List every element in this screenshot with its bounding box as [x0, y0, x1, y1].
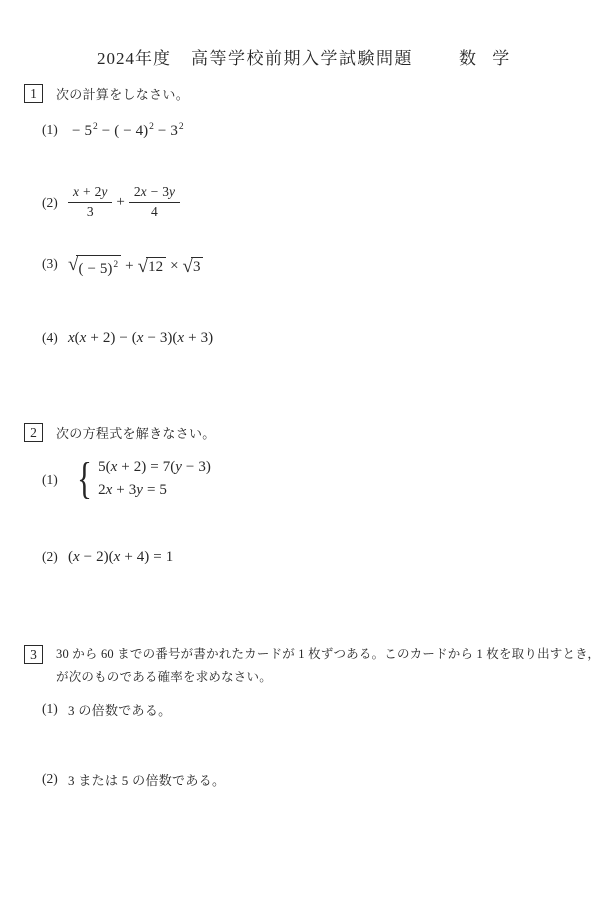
- system-equation-1: 5(x+2)=7(y−3): [98, 458, 211, 478]
- section-2-number-box: 2: [24, 423, 43, 442]
- problem-1-2: (2) x+2y3+2x−3y4: [42, 184, 180, 221]
- problem-1-1: (1) −52−(−4)2−32: [42, 121, 184, 142]
- section-1-prompt: 次の計算をしなさい。: [56, 84, 189, 103]
- section-3-prompt-line-2: が次のものである確率を求めなさい。: [56, 666, 561, 689]
- problem-text: 3 または 5 の倍数である。: [68, 770, 225, 789]
- title-main: 高等学校前期入学試験問題: [191, 44, 413, 69]
- problem-label: (1): [42, 700, 68, 717]
- section-3-number-box: 3: [24, 645, 43, 664]
- problem-text: 3 の倍数である。: [68, 700, 171, 719]
- section-3-header: 3 30 から 60 までの番号が書かれたカードが 1 枚ずつある。このカードか…: [24, 643, 561, 689]
- section-3-prompt: 30 から 60 までの番号が書かれたカードが 1 枚ずつある。このカードから …: [56, 643, 561, 689]
- problem-label: (4): [42, 329, 68, 346]
- section-1-number-box: 1: [24, 84, 43, 103]
- left-brace-icon: {: [77, 459, 92, 499]
- problem-label: (2): [42, 548, 68, 565]
- problem-label: (1): [42, 471, 68, 488]
- problem-label: (3): [42, 255, 68, 272]
- problem-3-1: (1) 3 の倍数である。: [42, 700, 171, 719]
- problem-1-4: (4) x(x+2)−(x−3)(x+3): [42, 329, 213, 349]
- problem-1-3: (3) √(−5)2+√12×√3: [42, 255, 203, 278]
- title-year: 2024年度: [97, 44, 171, 69]
- equation-system: 5(x+2)=7(y−3) 2x+3y=5: [98, 458, 211, 500]
- system-equation-2: 2x+3y=5: [98, 481, 211, 501]
- problem-label: (2): [42, 194, 68, 211]
- section-1-header: 1 次の計算をしなさい。: [24, 84, 189, 103]
- problem-label: (1): [42, 121, 68, 138]
- problem-formula: x(x+2)−(x−3)(x+3): [68, 329, 213, 349]
- section-2-prompt: 次の方程式を解きなさい。: [56, 423, 216, 442]
- exam-paper: 2024年度 高等学校前期入学試験問題 数 学 1 次の計算をしなさい。 (1)…: [0, 0, 600, 900]
- problem-label: (2): [42, 770, 68, 787]
- problem-2-2: (2) (x−2)(x+4)=1: [42, 548, 173, 568]
- section-2-header: 2 次の方程式を解きなさい。: [24, 423, 216, 442]
- problem-3-2: (2) 3 または 5 の倍数である。: [42, 770, 225, 789]
- problem-2-1: (1) { 5(x+2)=7(y−3) 2x+3y=5: [42, 458, 211, 500]
- problem-formula: −52−(−4)2−32: [68, 121, 184, 142]
- page-title: 2024年度 高等学校前期入学試験問題 数 学: [97, 44, 515, 69]
- section-3-prompt-line-1: 30 から 60 までの番号が書かれたカードが 1 枚ずつある。このカードから …: [56, 643, 561, 666]
- title-subject: 数 学: [459, 44, 515, 69]
- problem-formula: x+2y3+2x−3y4: [68, 184, 180, 221]
- problem-formula: (x−2)(x+4)=1: [68, 548, 173, 568]
- problem-formula: √(−5)2+√12×√3: [68, 255, 203, 278]
